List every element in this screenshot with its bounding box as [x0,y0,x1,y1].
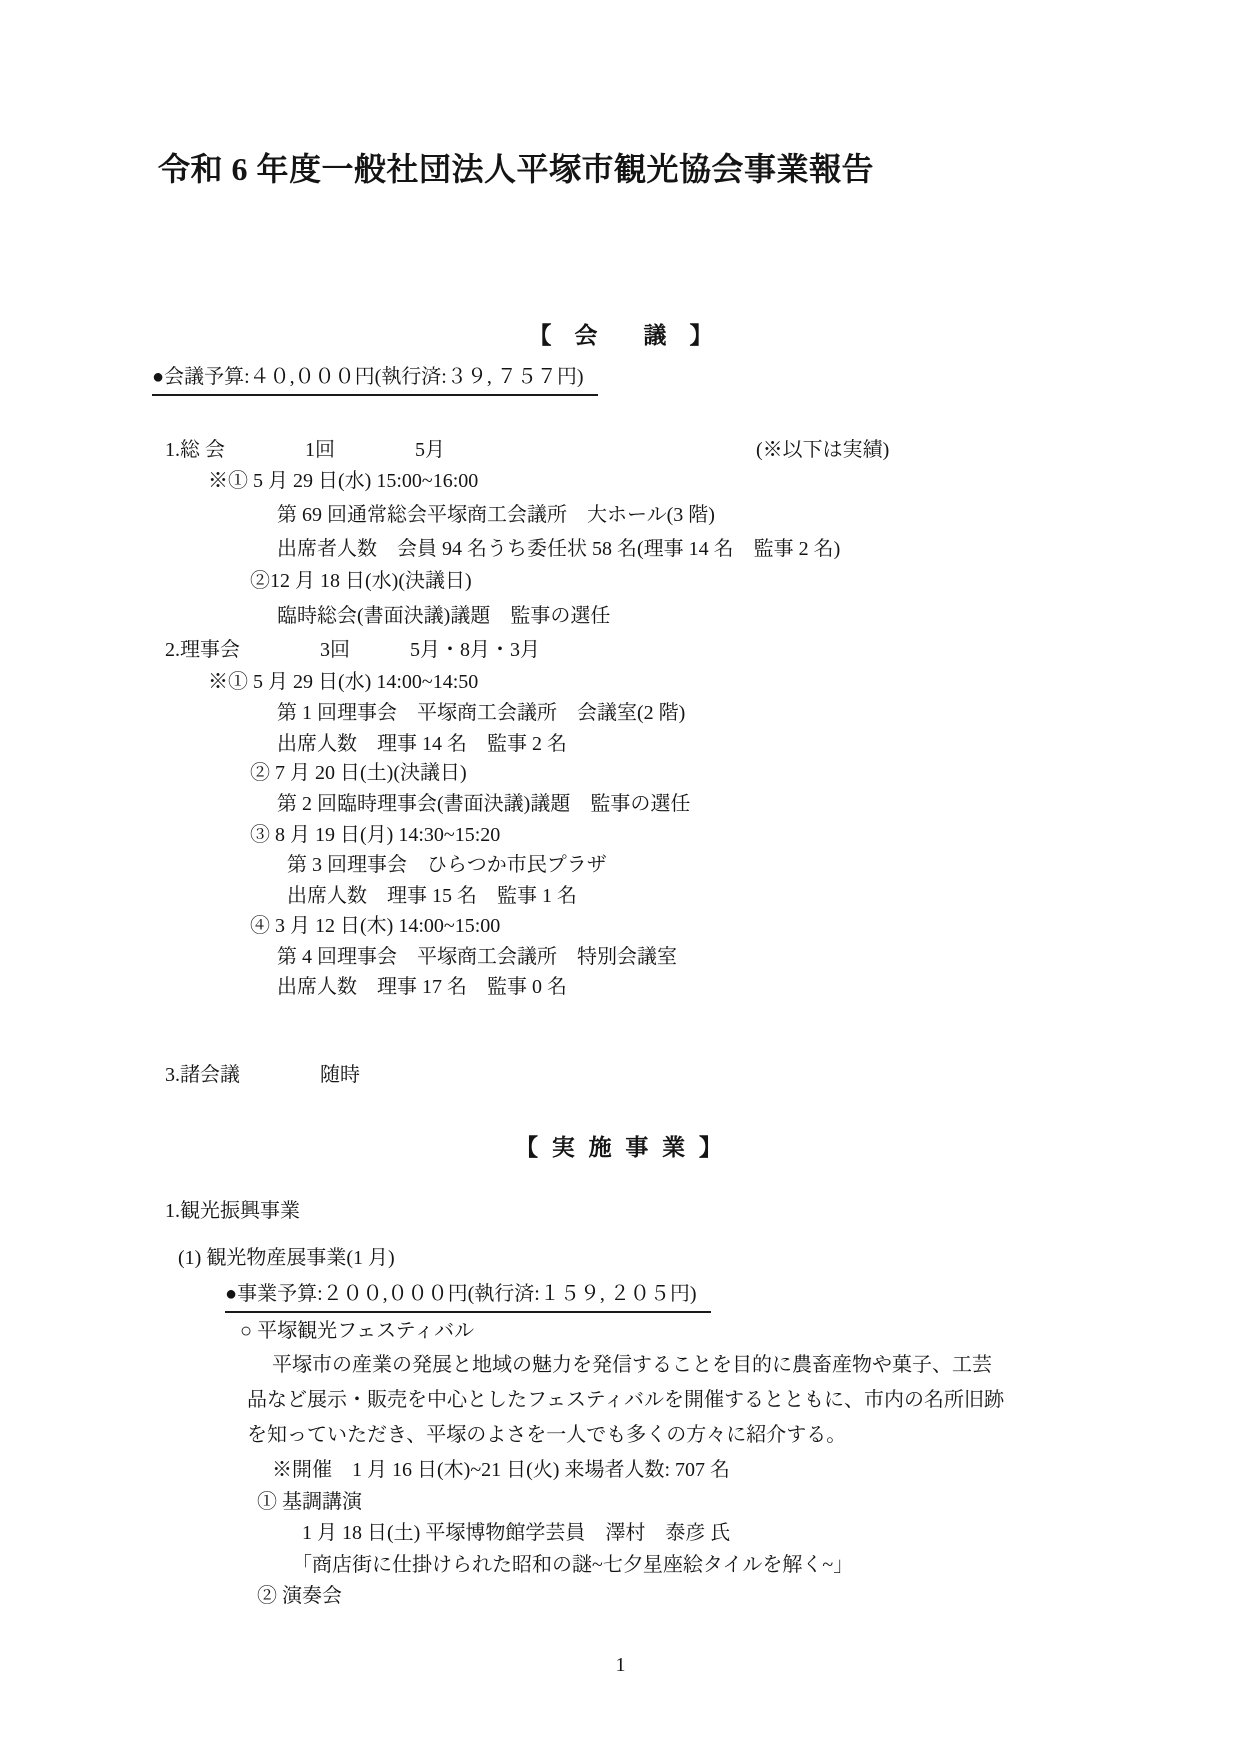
page-number: 1 [0,1652,1241,1679]
assembly-detail-line: 第 69 回通常総会平塚商工会議所 大ホール(3 階) [277,502,715,529]
festival-description-line: 平塚市の産業の発展と地域の魅力を発信することを目的に農畜産物や菓子、工芸 [272,1352,992,1379]
board-detail-line: ③ 8 月 19 日(月) 14:30~15:20 [250,822,500,849]
board-detail-line: 第 2 回臨時理事会(書面決議)議題 監事の選任 [277,791,690,818]
assembly-detail-line: 臨時総会(書面決議)議題 監事の選任 [277,603,610,630]
assembly-detail-line: 出席者人数 会員 94 名うち委任状 58 名(理事 14 名 監事 2 名) [277,536,840,563]
concert-item: ② 演奏会 [257,1583,342,1610]
festival-description-line: 品など展示・販売を中心としたフェスティバルを開催するとともに、市内の名所旧跡 [247,1387,1004,1414]
board-item: 2.理事会 3回 5月・8月・3月 [165,637,540,664]
festival-schedule-line: ※開催 1 月 16 日(木)~21 日(火) 来場者人数: 707 名 [272,1457,730,1484]
board-detail-line: ④ 3 月 12 日(木) 14:00~15:00 [250,913,500,940]
lecture-item: ① 基調講演 [257,1489,362,1516]
document-page: 令和 6 年度一般社団法人平塚市観光協会事業報告 【 会 議 】 ●会議予算:４… [0,0,1241,1755]
section-heading-projects: 【 実 施 事 業 】 [0,1134,1241,1161]
assembly-detail-line: ※① 5 月 29 日(水) 15:00~16:00 [208,468,478,495]
exhibition-budget-line: ●事業予算:２００,０００円(執行済:１５９, ２０５円) [225,1281,711,1313]
board-detail-line: 出席人数 理事 14 名 監事 2 名 [277,731,567,758]
board-detail-line: 出席人数 理事 17 名 監事 0 名 [277,974,567,1001]
tourism-promotion-item: 1.観光振興事業 [165,1198,300,1225]
festival-item: ○ 平塚観光フェスティバル [240,1318,474,1345]
meeting-budget-line: ●会議予算:４０,０００円(執行済:３９, ７５７円) [152,364,598,396]
board-detail-line: ※① 5 月 29 日(水) 14:00~14:50 [208,669,478,696]
document-title: 令和 6 年度一般社団法人平塚市観光協会事業報告 [158,156,874,183]
board-detail-line: 第 1 回理事会 平塚商工会議所 会議室(2 階) [277,700,685,727]
lecture-detail-line: 「商店街に仕掛けられた昭和の謎~七夕星座絵タイルを解く~」 [292,1552,853,1579]
board-detail-line: 出席人数 理事 15 名 監事 1 名 [287,883,577,910]
assembly-actual-note: (※以下は実績) [756,437,889,464]
assembly-item: 1.総 会 1回 5月 [165,437,445,464]
board-detail-line: 第 4 回理事会 平塚商工会議所 特別会議室 [277,944,677,971]
exhibition-item: (1) 観光物産展事業(1 月) [178,1245,395,1272]
misc-meetings-item: 3.諸会議 随時 [165,1062,360,1089]
board-detail-line: 第 3 回理事会 ひらつか市民プラザ [287,852,607,879]
festival-description-line: を知っていただき、平塚のよさを一人でも多くの方々に紹介する。 [247,1422,846,1449]
board-detail-line: ② 7 月 20 日(土)(決議日) [250,760,467,787]
lecture-detail-line: 1 月 18 日(土) 平塚博物館学芸員 澤村 泰彦 氏 [302,1520,730,1547]
section-heading-meeting: 【 会 議 】 [0,322,1241,349]
assembly-detail-line: ②12 月 18 日(水)(決議日) [250,568,472,595]
